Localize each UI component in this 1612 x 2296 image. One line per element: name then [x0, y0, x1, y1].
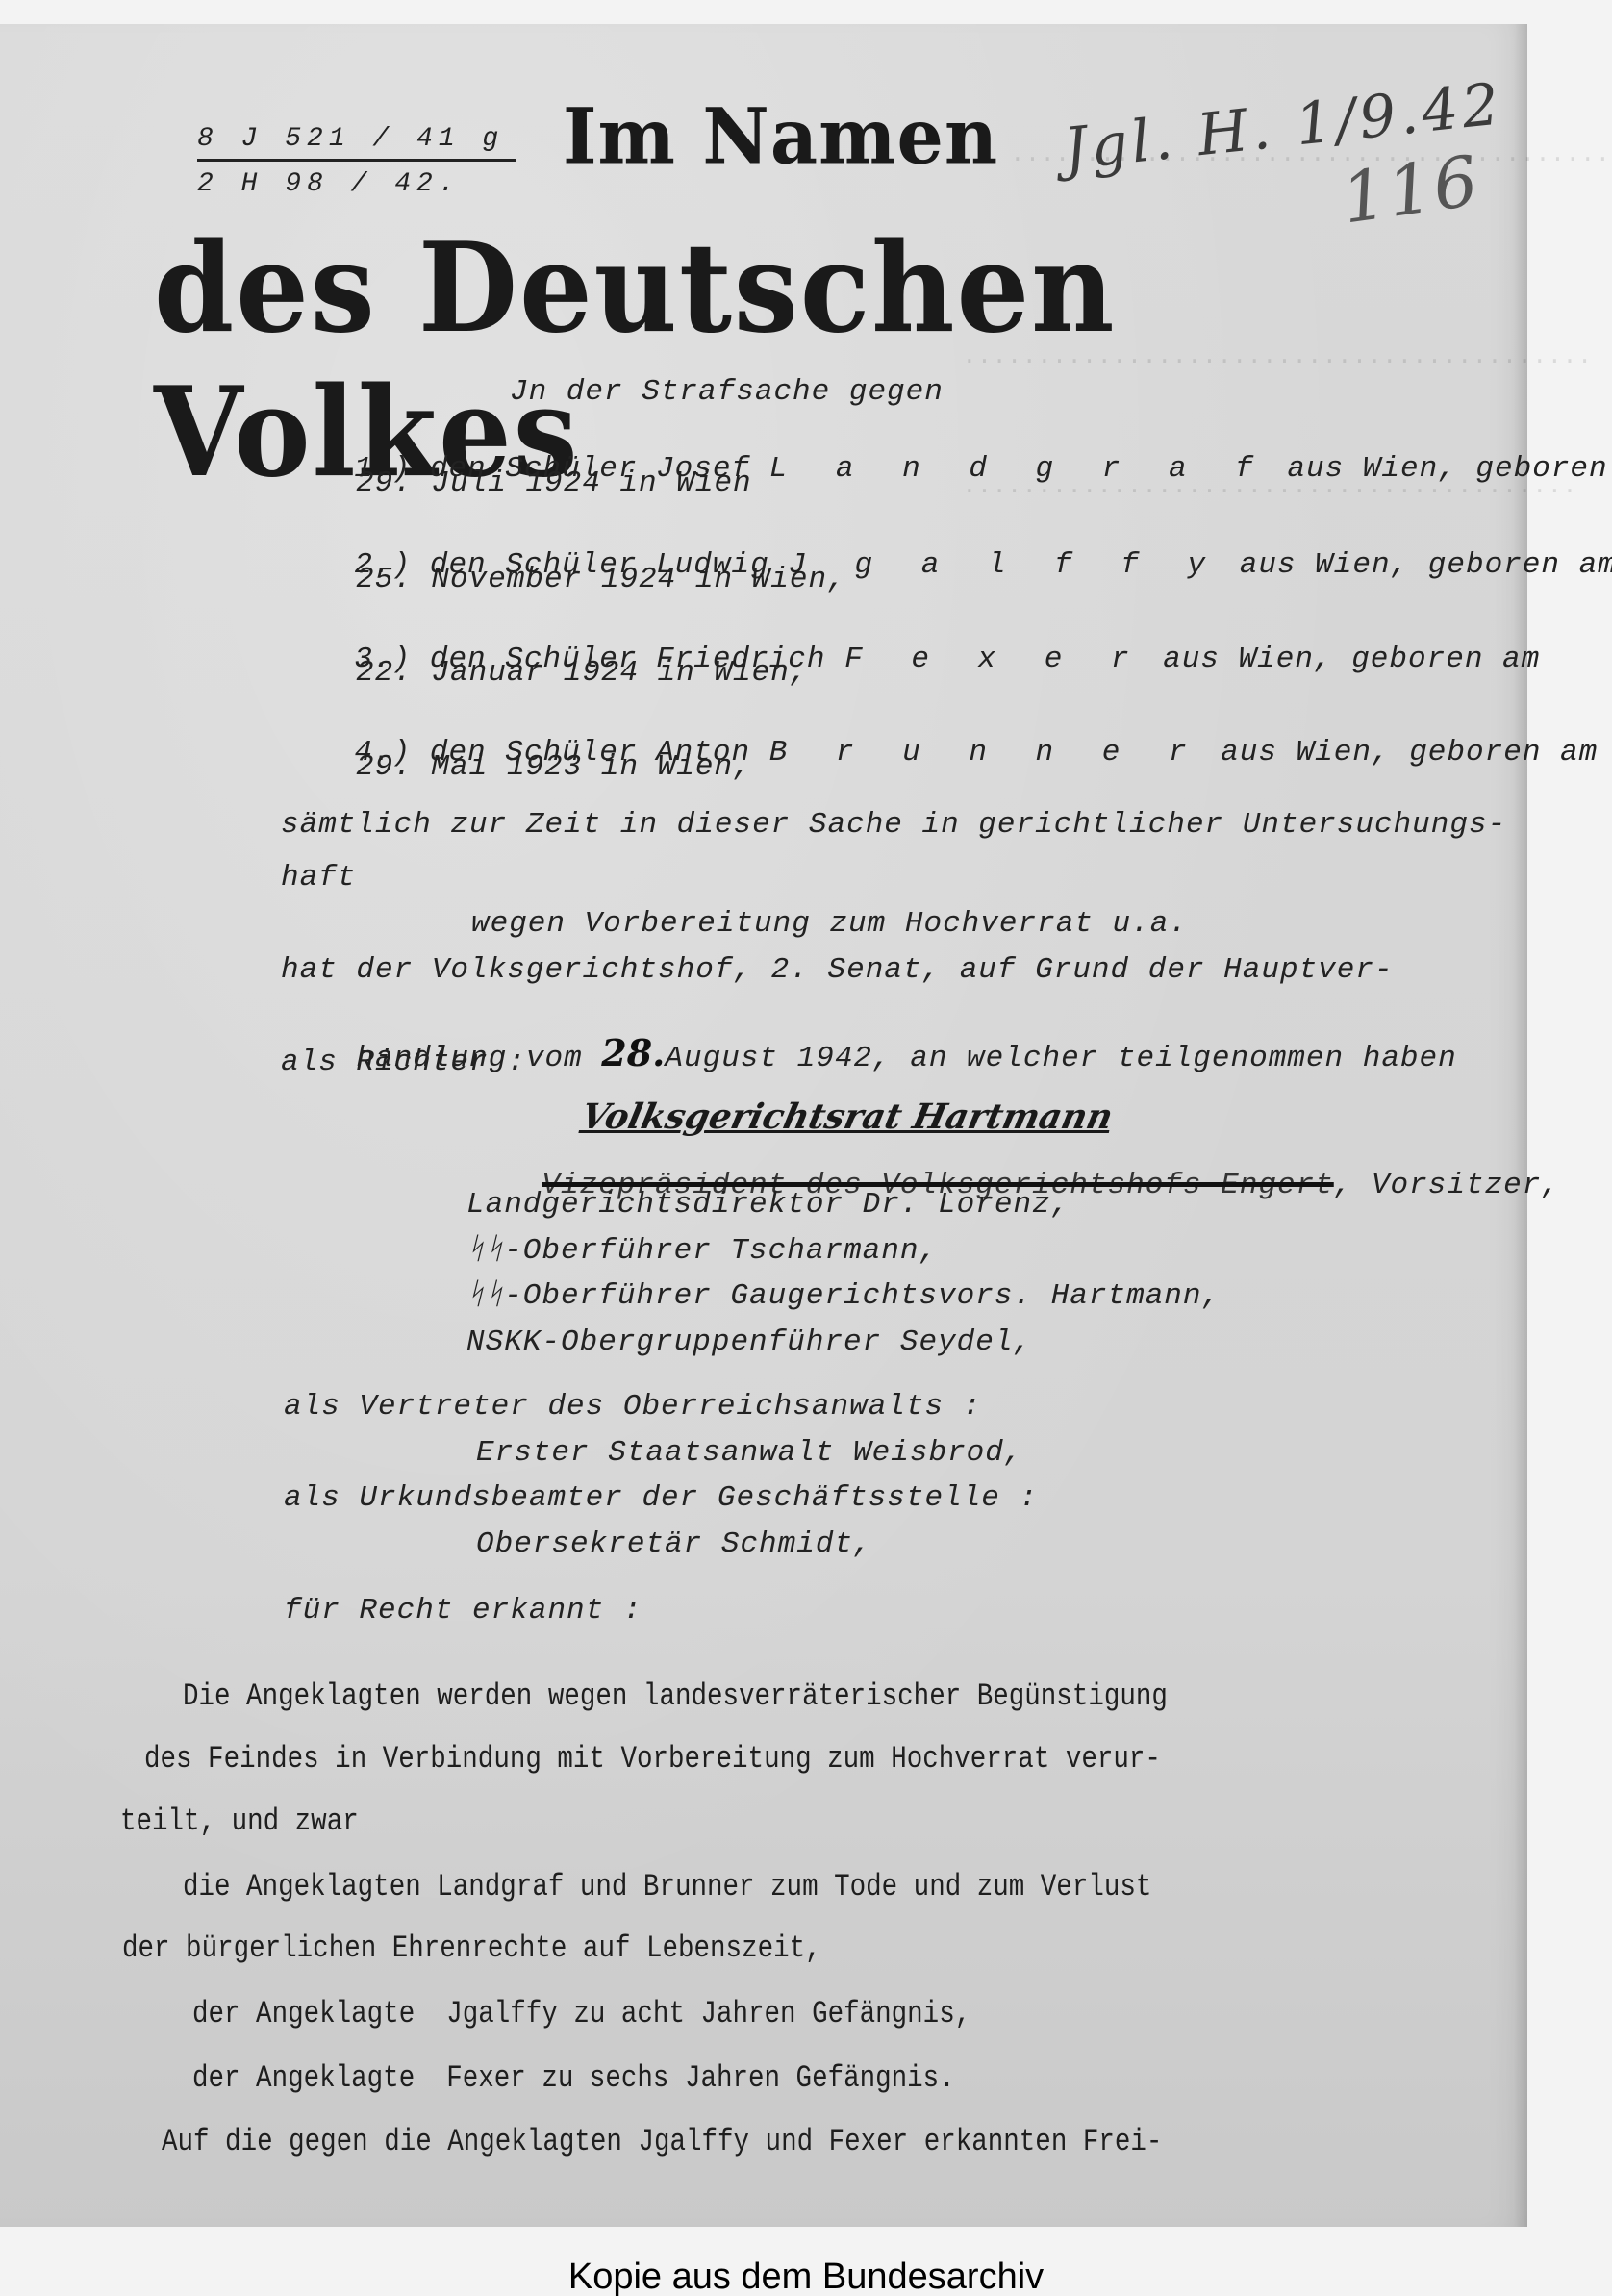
defendant-2-birth: 25. November 1924 in Wien,	[356, 563, 846, 596]
document-page: ........................................…	[0, 24, 1527, 2227]
judgment-label: für Recht erkannt :	[284, 1594, 642, 1627]
verdict-line: des Feindes in Verbindung mit Vorbereitu…	[144, 1741, 1161, 1777]
verdict-line: Die Angeklagten werden wegen landesverrä…	[183, 1678, 1168, 1714]
judge-lorenz: Landgerichtsdirektor Dr. Lorenz,	[466, 1188, 1070, 1222]
clerk-name: Obersekretär Schmidt,	[476, 1527, 872, 1561]
judge-seydel: NSKK-Obergruppenführer Seydel,	[466, 1325, 1032, 1359]
judge-tscharmann: ᛋᛋ-Oberführer Tscharmann,	[466, 1234, 938, 1268]
verdict-line: teilt, und zwar	[120, 1804, 359, 1839]
defendant-3-birth: 22. Januar 1924 in Wien,	[356, 656, 808, 690]
file-reference-bottom: 2 H 98 / 42.	[197, 162, 516, 208]
intro-text: Jn der Strafsache gegen	[510, 375, 944, 409]
verdict-line: Auf die gegen die Angeklagten Jgalffy un…	[162, 2124, 1162, 2159]
custody-line-2: haft	[281, 861, 356, 895]
charge-text: wegen Vorbereitung zum Hochverrat u.a.	[471, 907, 1188, 941]
handwritten-hearing-day: 28.	[601, 1031, 665, 1074]
defendant-surname: L a n d g r a f	[769, 452, 1269, 486]
handwritten-presiding-judge-correction: Volksgerichtsrat Hartmann	[578, 1097, 1117, 1137]
defendant-origin: aus Wien, geboren am	[1163, 643, 1540, 676]
heading-im-namen: Im Namen	[563, 91, 998, 181]
prosecutor-name: Erster Staatsanwalt Weisbrod,	[476, 1436, 1023, 1470]
court-line-1: hat der Volksgerichtshof, 2. Senat, auf …	[281, 953, 1394, 987]
clerk-label: als Urkundsbeamter der Geschäftsstelle :	[284, 1481, 1038, 1515]
defendant-origin: aus Wien, geboren am	[1221, 736, 1598, 770]
defendant-surname: J g a l f f y	[788, 548, 1221, 582]
file-reference: 8 J 521 / 41 g 2 H 98 / 42.	[197, 120, 516, 208]
presiding-role: , Vorsitzer,	[1334, 1169, 1560, 1202]
custody-line-1: sämtlich zur Zeit in dieser Sache in ger…	[281, 808, 1506, 842]
prosecutor-label: als Vertreter des Oberreichsanwalts :	[284, 1390, 981, 1424]
defendant-4-birth: 29. Mai 1923 in Wien,	[356, 750, 752, 784]
verdict-line: die Angeklagten Landgraf und Brunner zum…	[183, 1869, 1151, 1905]
verdict-line: der bürgerlichen Ehrenrechte auf Lebensz…	[122, 1930, 821, 1966]
file-reference-top: 8 J 521 / 41 g	[197, 120, 516, 162]
judge-hartmann: ᛋᛋ-Oberführer Gaugerichtsvors. Hartmann,	[466, 1279, 1221, 1313]
archive-caption: Kopie aus dem Bundesarchiv	[0, 2257, 1612, 2296]
court-line-2-after: August 1942, an welcher teilgenommen hab…	[665, 1042, 1456, 1075]
verdict-line: der Angeklagte Jgalffy zu acht Jahren Ge…	[192, 1996, 970, 2031]
defendant-1-birth: 29. Juli 1924 in Wien	[356, 467, 752, 500]
defendant-origin: aus Wien, geboren am	[1240, 548, 1612, 582]
defendant-origin: aus Wien, geboren am	[1287, 452, 1612, 486]
judges-label: als Richter :	[281, 1046, 526, 1079]
defendant-surname: F e x e r	[844, 643, 1144, 676]
defendant-surname: B r u n n e r	[769, 736, 1202, 770]
verdict-line: der Angeklagte Fexer zu sechs Jahren Gef…	[192, 2060, 955, 2096]
